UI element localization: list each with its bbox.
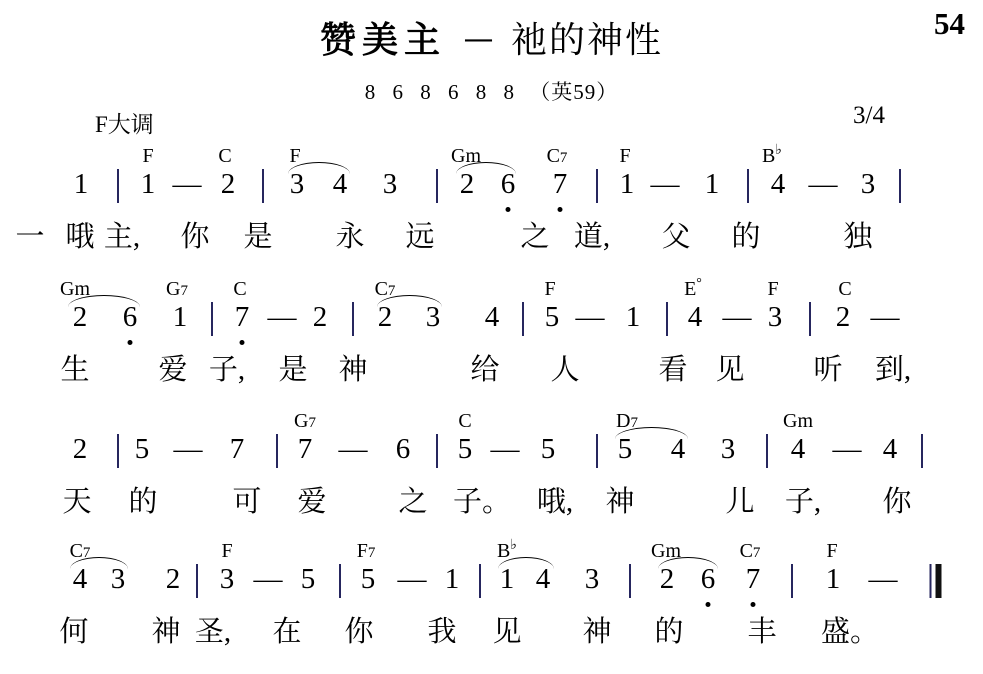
chord-symbol: G7 — [166, 278, 188, 301]
chord-symbol: B♭ — [762, 145, 782, 168]
lyric-char: 你 — [180, 220, 209, 254]
note-number: 4 — [333, 167, 348, 201]
barline — [117, 434, 119, 468]
note-number: 4 — [771, 167, 786, 201]
note-number: 3 — [220, 562, 235, 596]
lyric-char: 的 — [128, 485, 157, 519]
lyric-char: 我 — [427, 615, 456, 649]
note-number: 7 — [746, 562, 761, 596]
lyric-char: 生 — [60, 353, 89, 387]
chord-accidental: ° — [696, 276, 702, 291]
chord-root: C — [547, 145, 560, 167]
lyric-char: 独 — [843, 220, 872, 254]
chord-root: C — [233, 278, 246, 300]
note-number: 1 — [74, 167, 89, 201]
note-number: 4 — [485, 300, 500, 334]
chord-quality: 7 — [368, 545, 376, 561]
lyric-char: 哦 — [65, 220, 94, 254]
note-number: 3 — [585, 562, 600, 596]
note-number: 1 — [620, 167, 635, 201]
duration-dash: — — [871, 300, 900, 334]
octave-dot — [751, 602, 756, 607]
barline — [666, 302, 668, 336]
chord-root: C — [375, 278, 388, 300]
barline — [262, 169, 264, 203]
chord-root: F — [619, 145, 630, 167]
barline — [117, 169, 119, 203]
lyric-char: 是 — [278, 353, 307, 387]
chord-root: F — [767, 278, 778, 300]
duration-dash: — — [254, 562, 283, 596]
barline — [921, 434, 923, 468]
chord-root: F — [357, 540, 368, 562]
chord-symbol: C — [458, 410, 471, 433]
duration-dash: — — [398, 562, 427, 596]
barline — [522, 302, 524, 336]
barline — [809, 302, 811, 336]
note-number: 7 — [553, 167, 568, 201]
note-number: 3 — [721, 432, 736, 466]
note-number: 1 — [173, 300, 188, 334]
octave-dot — [706, 602, 711, 607]
score: FCFGmC7FB♭11—23432671—14—3一哦主,你是永远之道,父的独… — [0, 0, 983, 674]
lyric-char: 神 — [338, 353, 367, 387]
note-number: 5 — [301, 562, 316, 596]
octave-dot — [558, 207, 563, 212]
chord-symbol: F — [544, 278, 555, 301]
lyric-char: 天 — [62, 485, 91, 519]
lyric-char: 听 — [813, 353, 842, 387]
lyric-char: 人 — [550, 353, 579, 387]
chord-symbol: F — [142, 145, 153, 168]
lyric-char: 你 — [882, 485, 911, 519]
duration-dash: — — [809, 167, 838, 201]
barline — [352, 302, 354, 336]
note-number: 3 — [768, 300, 783, 334]
note-number: 3 — [426, 300, 441, 334]
note-number: 2 — [73, 432, 88, 466]
lyric-char: 爱 — [297, 485, 326, 519]
score-system-2: GmG7CC7FE°FC2617—22345—14—32—生爱子,是神给人看见听… — [0, 278, 983, 413]
lyric-char: 远 — [405, 220, 434, 254]
lyric-char: 永 — [335, 220, 364, 254]
note-number: 4 — [73, 562, 88, 596]
chord-symbol: Gm — [783, 410, 813, 433]
lyric-char: 丰 — [747, 615, 776, 649]
score-system-3: G7CD7Gm25—77—65—55434—4天的可爱之子。哦,神儿子,你 — [0, 410, 983, 545]
note-number: 2 — [313, 300, 328, 334]
duration-dash: — — [268, 300, 297, 334]
note-number: 6 — [396, 432, 411, 466]
barline — [436, 169, 438, 203]
barline — [196, 564, 198, 598]
note-number: 2 — [378, 300, 393, 334]
duration-dash: — — [869, 562, 898, 596]
lyric-char: 给 — [470, 353, 499, 387]
lyric-char: 见 — [715, 353, 744, 387]
chord-symbol: C — [838, 278, 851, 301]
chord-symbol: G7 — [294, 410, 316, 433]
lyric-char: 是 — [243, 220, 272, 254]
lyric-char: 之 — [520, 220, 549, 254]
chord-root: F — [221, 540, 232, 562]
note-number: 1 — [500, 562, 515, 596]
chord-root: F — [142, 145, 153, 167]
note-number: 6 — [701, 562, 716, 596]
note-number: 4 — [671, 432, 686, 466]
lyric-char: 何 — [59, 615, 88, 649]
note-number: 5 — [458, 432, 473, 466]
note-number: 4 — [536, 562, 551, 596]
lyric-char: 到, — [875, 353, 911, 387]
chord-root: F — [544, 278, 555, 300]
chord-symbol: F — [767, 278, 778, 301]
note-number: 1 — [826, 562, 841, 596]
lyric-char: 道, — [574, 220, 610, 254]
note-number: 3 — [383, 167, 398, 201]
barline — [276, 434, 278, 468]
chord-symbol: C — [218, 145, 231, 168]
chord-symbol: E° — [684, 278, 702, 301]
barline — [436, 434, 438, 468]
duration-dash: — — [723, 300, 752, 334]
barline — [629, 564, 631, 598]
note-number: 5 — [541, 432, 556, 466]
chord-root: C — [740, 540, 753, 562]
lyric-char: 你 — [344, 615, 373, 649]
chord-symbol: F — [826, 540, 837, 563]
note-number: 1 — [445, 562, 460, 596]
note-number: 4 — [883, 432, 898, 466]
lyric-char: 盛。 — [821, 615, 879, 649]
lyric-char: 父 — [661, 220, 690, 254]
note-number: 5 — [361, 562, 376, 596]
lyric-char: 的 — [731, 220, 760, 254]
chord-root: B — [762, 145, 775, 167]
chord-symbol: F — [221, 540, 232, 563]
lyric-char: 可 — [232, 485, 261, 519]
lyric-char: 圣, — [195, 615, 231, 649]
barline — [596, 169, 598, 203]
lyric-char: 儿 — [725, 485, 754, 519]
final-barline — [930, 564, 937, 598]
note-number: 7 — [230, 432, 245, 466]
note-number: 3 — [861, 167, 876, 201]
duration-dash: — — [174, 432, 203, 466]
lyric-char: 神 — [582, 615, 611, 649]
note-number: 2 — [166, 562, 181, 596]
lyric-char: 子, — [785, 485, 821, 519]
note-number: 7 — [298, 432, 313, 466]
lyric-char: 子, — [209, 353, 245, 387]
barline — [747, 169, 749, 203]
note-number: 2 — [660, 562, 675, 596]
chord-root: G — [166, 278, 180, 300]
note-number: 2 — [836, 300, 851, 334]
barline — [899, 169, 901, 203]
chord-root: C — [838, 278, 851, 300]
chord-quality: 7 — [180, 283, 188, 299]
chord-accidental: ♭ — [510, 538, 517, 553]
note-number: 5 — [135, 432, 150, 466]
chord-quality: 7 — [560, 150, 568, 166]
octave-dot — [128, 340, 133, 345]
duration-dash: — — [833, 432, 862, 466]
duration-dash: — — [339, 432, 368, 466]
lyric-char: 主, — [104, 220, 140, 254]
note-number: 2 — [73, 300, 88, 334]
note-number: 4 — [688, 300, 703, 334]
barline — [479, 564, 481, 598]
note-number: 7 — [235, 300, 250, 334]
score-system-1: FCFGmC7FB♭11—23432671—14—3一哦主,你是永远之道,父的独 — [0, 145, 983, 280]
chord-symbol: F7 — [357, 540, 376, 563]
chord-symbol: C — [233, 278, 246, 301]
sheet-page: 54 赞美主 — 祂的神性 8 6 8 6 8 8 （英59） F大调 3/4 … — [0, 0, 983, 674]
duration-dash: — — [576, 300, 605, 334]
octave-dot — [506, 207, 511, 212]
duration-dash: — — [651, 167, 680, 201]
barline — [766, 434, 768, 468]
chord-root: C — [218, 145, 231, 167]
barline — [596, 434, 598, 468]
note-number: 5 — [545, 300, 560, 334]
chord-symbol: C7 — [740, 540, 761, 563]
lyric-char: 哦, — [537, 485, 573, 519]
octave-dot — [240, 340, 245, 345]
note-number: 3 — [111, 562, 126, 596]
lyric-char: 子。 — [453, 485, 511, 519]
note-number: 6 — [123, 300, 138, 334]
duration-dash: — — [491, 432, 520, 466]
chord-quality: 7 — [308, 415, 316, 431]
chord-symbol: C7 — [547, 145, 568, 168]
lyric-char: 爱 — [158, 353, 187, 387]
chord-quality: 7 — [753, 545, 761, 561]
note-number: 6 — [501, 167, 516, 201]
lyric-char: 神 — [151, 615, 180, 649]
note-number: 4 — [791, 432, 806, 466]
chord-accidental: ♭ — [775, 143, 782, 158]
note-number: 1 — [626, 300, 641, 334]
note-number: 2 — [460, 167, 475, 201]
note-number: 1 — [141, 167, 156, 201]
chord-root: Gm — [783, 410, 813, 432]
lyric-char: 见 — [492, 615, 521, 649]
note-number: 2 — [221, 167, 236, 201]
note-number: 5 — [618, 432, 633, 466]
chord-root: C — [458, 410, 471, 432]
score-system-4: C7FF7B♭GmC7F4323—55—11432671—何神圣,在你我见神的丰… — [0, 540, 983, 674]
chord-root: E — [684, 278, 696, 300]
lyric-char: 在 — [272, 615, 301, 649]
lyric-char: 看 — [658, 353, 687, 387]
barline — [791, 564, 793, 598]
chord-root: F — [826, 540, 837, 562]
barline — [211, 302, 213, 336]
note-number: 3 — [290, 167, 305, 201]
lyric-char: 的 — [654, 615, 683, 649]
lyric-char: 神 — [605, 485, 634, 519]
duration-dash: — — [173, 167, 202, 201]
note-number: 1 — [705, 167, 720, 201]
chord-symbol: F — [619, 145, 630, 168]
chord-root: G — [294, 410, 308, 432]
lyric-char: 之 — [398, 485, 427, 519]
lyric-char: 一 — [15, 220, 44, 254]
barline — [339, 564, 341, 598]
